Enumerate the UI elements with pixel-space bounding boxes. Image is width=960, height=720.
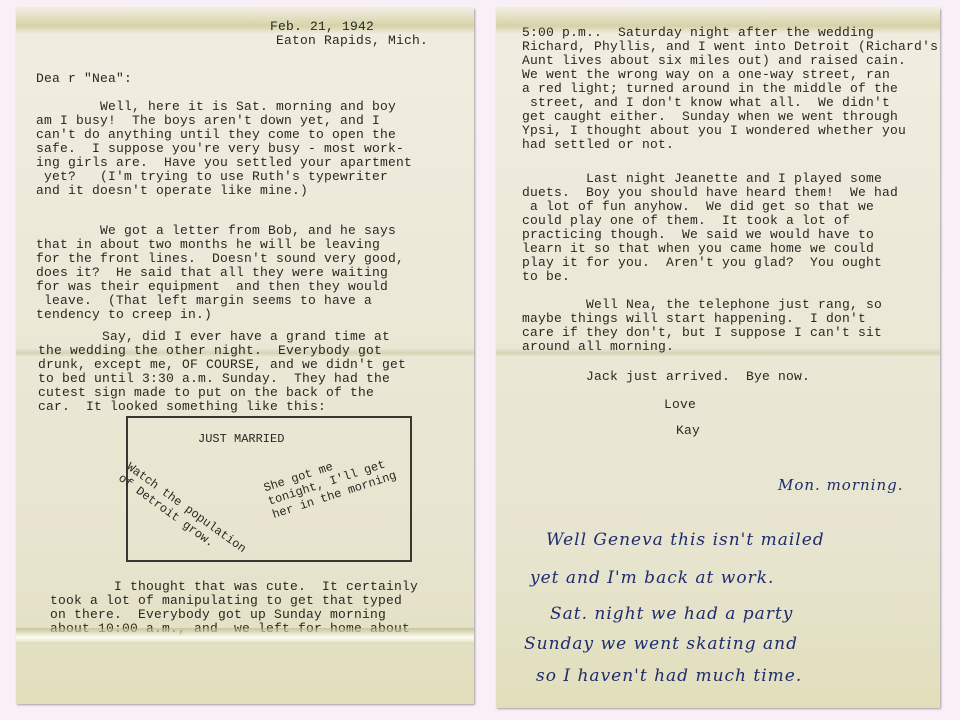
paragraph-4: I thought that was cute. It certainly to…: [50, 580, 418, 636]
closing-love: Love: [664, 398, 696, 412]
handwritten-heading: Mon. morning.: [778, 476, 904, 494]
handwritten-line-1: Well Geneva this isn't mailed: [546, 530, 825, 550]
paragraph-1: Well, here it is Sat. morning and boy am…: [36, 100, 412, 198]
paragraph-6: Last night Jeanette and I played some du…: [522, 172, 898, 284]
handwritten-line-2: yet and I'm back at work.: [530, 568, 774, 588]
paragraph-2: We got a letter from Bob, and he says th…: [36, 224, 404, 322]
sign-title: JUST MARRIED: [198, 432, 284, 446]
signature: Kay: [676, 424, 700, 438]
handwritten-line-4: Sunday we went skating and: [524, 634, 798, 654]
handwritten-line-5: so I haven't had much time.: [536, 666, 802, 686]
paragraph-3: Say, did I ever have a grand time at the…: [38, 330, 406, 414]
sign-left-text: Watch the population of Detroit grow.: [116, 460, 249, 567]
just-married-sign: JUST MARRIED Watch the population of Det…: [126, 416, 412, 562]
handwritten-line-3: Sat. night we had a party: [550, 604, 793, 624]
paragraph-5: 5:00 p.m.. Saturday night after the wedd…: [522, 26, 938, 152]
letter-date: Feb. 21, 1942: [270, 20, 374, 34]
letter-page-left: Feb. 21, 1942 Eaton Rapids, Mich. Dea r …: [16, 8, 474, 704]
letter-page-right: 5:00 p.m.. Saturday night after the wedd…: [496, 8, 940, 708]
sign-right-text: She got me tonight, I'll get her in the …: [262, 442, 398, 522]
letter-place: Eaton Rapids, Mich.: [276, 34, 428, 48]
paragraph-7: Well Nea, the telephone just rang, so ma…: [522, 298, 882, 354]
closing-line: Jack just arrived. Bye now.: [522, 370, 810, 384]
salutation: Dea r "Nea":: [36, 72, 132, 86]
